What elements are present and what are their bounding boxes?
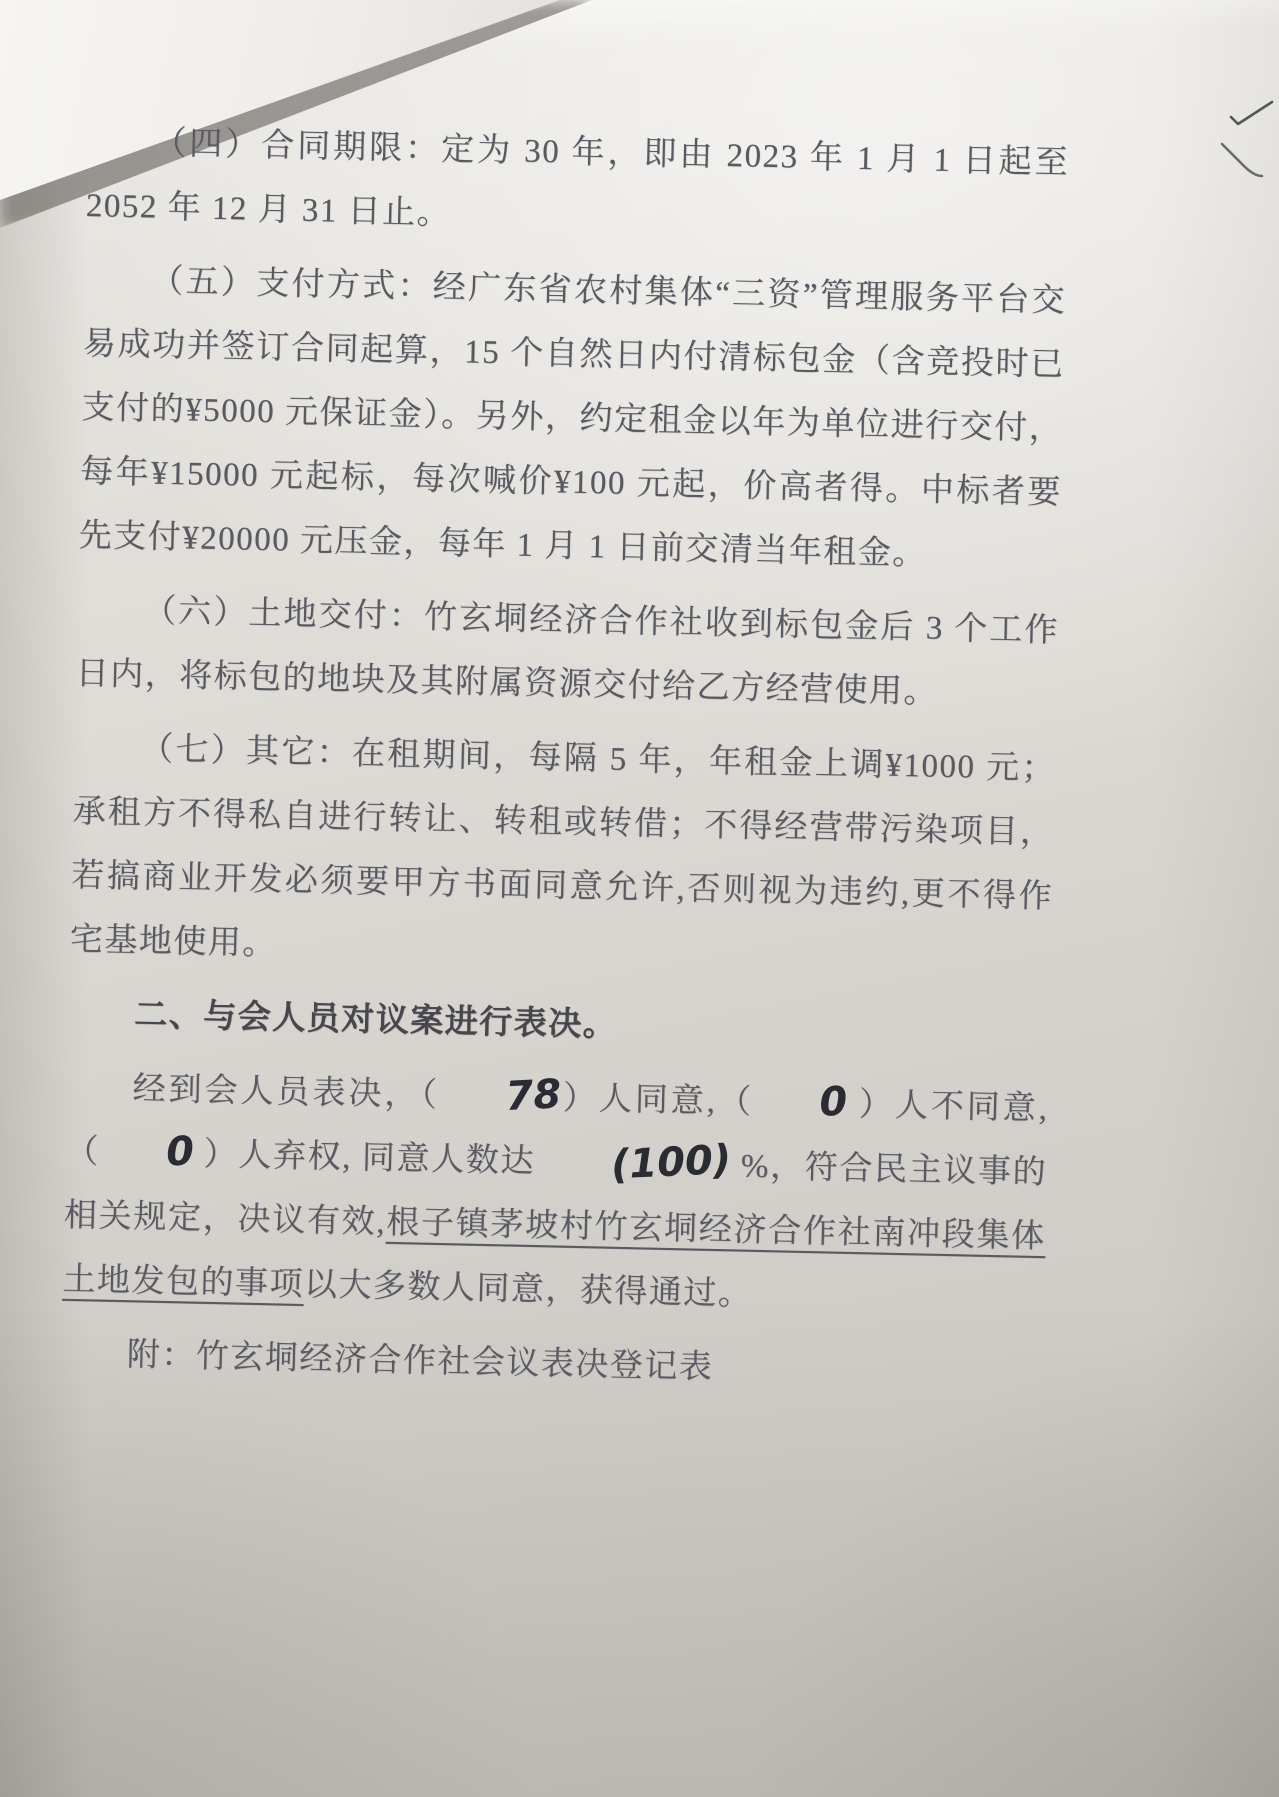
paragraph-attachment: 附：竹玄垌经济合作社会议表决登记表 <box>60 1322 1043 1407</box>
paragraph-clause-6: （六）土地交付：竹玄垌经济合作社收到标包金后 3 个工作日内，将标包的地块及其附… <box>75 578 1060 727</box>
text-segment: 以大多数人同意，获得通过。 <box>304 1267 753 1313</box>
handwritten-number-percent: (100) <box>545 1160 731 1169</box>
paragraph-clause-7: （七）其它：在租期间，每隔 5 年，年租金上调¥1000 元；承租方不得私自进行… <box>69 716 1056 993</box>
text-segment: 附：竹玄垌经济合作社会议表决登记表 <box>126 1337 713 1386</box>
text-segment: （七）其它：在租期间，每隔 5 年，年租金上调¥1000 元；承租方不得私自进行… <box>70 731 1057 962</box>
text-segment: （五）支付方式：经广东省农村集体“三资”管理服务平台交易成功并签订合同起算，15… <box>78 263 1066 572</box>
diagonal-stroke-pen-icon <box>1222 144 1262 176</box>
handwritten-number-agree: 78 <box>440 1094 562 1100</box>
text-segment: ）人同意,（ <box>561 1081 754 1121</box>
paragraph-section-2-heading: 二、与会人员对议案进行表决。 <box>68 982 1051 1067</box>
handwritten-number-disagree: 0 <box>754 1102 848 1107</box>
paragraph-vote-result: 经到会人员表决，（78）人同意,（0 ）人不同意,（0 ）人弃权, 同意人数达 … <box>62 1056 1049 1333</box>
pen-marks <box>1213 90 1279 190</box>
text-segment: （四）合同期限：定为 30 年，即由 2023 年 1 月 1 日起至 2052… <box>86 125 1070 232</box>
text-segment: ）人弃权, 同意人数达 <box>193 1137 545 1181</box>
paragraph-clause-4: （四）合同期限：定为 30 年，即由 2023 年 1 月 1 日起至 2052… <box>85 110 1070 259</box>
document-photo: （四）合同期限：定为 30 年，即由 2023 年 1 月 1 日起至 2052… <box>0 0 1279 1797</box>
text-segment: 经到会人员表决，（ <box>132 1071 440 1114</box>
handwritten-number-abstain: 0 <box>100 1151 194 1156</box>
paragraph-clause-5: （五）支付方式：经广东省农村集体“三资”管理服务平台交易成功并签订合同起算，15… <box>78 248 1067 589</box>
checkmark-pen-icon <box>1231 102 1272 124</box>
text-segment: （六）土地交付：竹玄垌经济合作社收到标包金后 3 个工作日内，将标包的地块及其附… <box>75 593 1059 710</box>
document-text: （四）合同期限：定为 30 年，即由 2023 年 1 月 1 日起至 2052… <box>60 110 1070 1417</box>
text-segment: 二、与会人员对议案进行表决。 <box>134 997 618 1044</box>
